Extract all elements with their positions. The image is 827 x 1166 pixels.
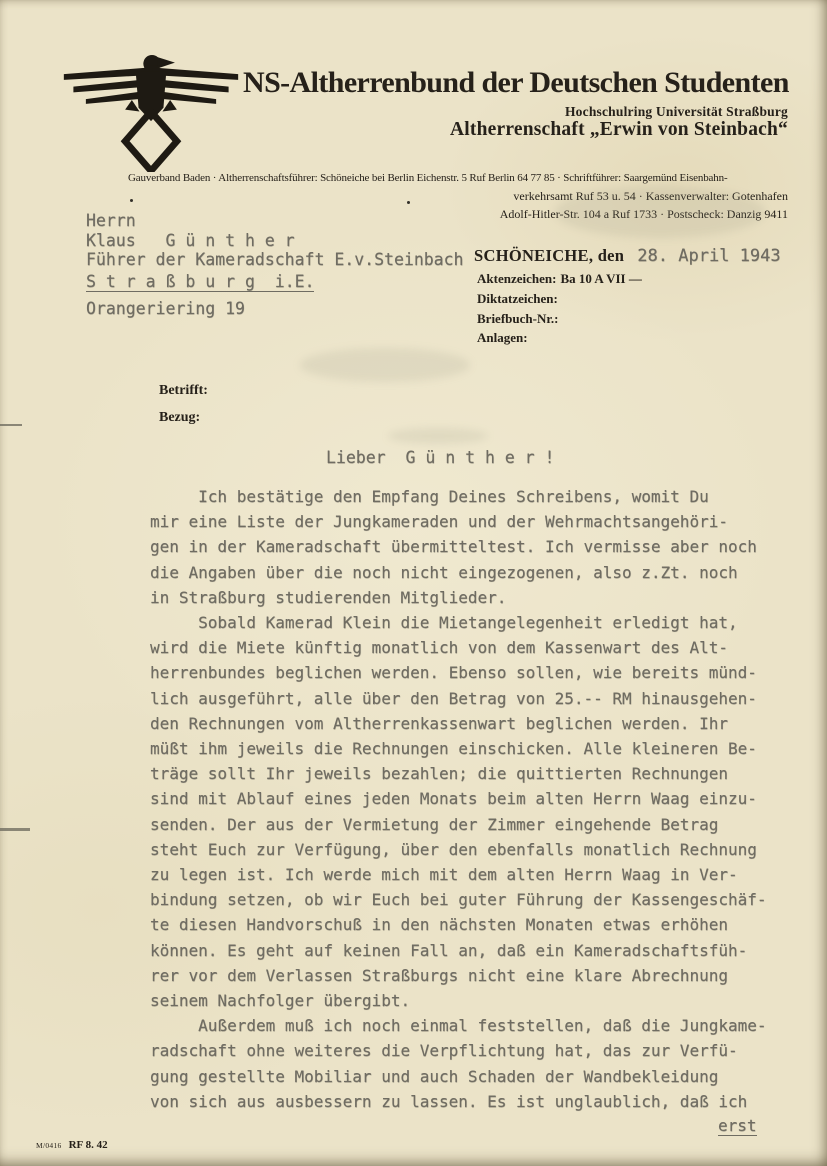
recipient-name: Klaus G ü n t h e r: [86, 231, 464, 251]
typed-line: te diesen Handvorschuß in den nächsten M…: [150, 912, 767, 937]
letterhead-info-line-1: Gauverband Baden · Altherrenschaftsführe…: [128, 172, 728, 184]
typed-line: Sobald Kamerad Klein die Mietangelegenhe…: [150, 610, 767, 635]
recipient-address-block: Herrn Klaus G ü n t h e r Führer der Kam…: [86, 211, 464, 319]
bleedthrough-stain: [300, 348, 470, 382]
betrifft-label: Betrifft:: [159, 383, 208, 399]
typed-line: rer vor dem Verlassen Straßburgs nicht e…: [150, 963, 767, 988]
body-paragraph-1: Ich bestätige den Empfang Deines Schreib…: [150, 484, 767, 610]
letter-salutation: Lieber G ü n t h e r !: [326, 448, 554, 467]
typed-line: Ich bestätige den Empfang Deines Schreib…: [150, 484, 767, 509]
recipient-salutation-line: Herrn: [86, 211, 464, 231]
typed-line: gen in der Kameradschaft übermitteltest.…: [150, 534, 767, 559]
bleedthrough-stain: [555, 186, 765, 238]
catchword: erst: [718, 1116, 757, 1136]
reference-block: Aktenzeichen:Ba 10 A VII — Diktatzeichen…: [477, 269, 642, 348]
letterhead-subtitle-altherrenschaft: Altherrenschaft „Erwin von Steinbach“: [450, 119, 788, 141]
recipient-street: Orangeriering 19: [86, 299, 464, 319]
diktatzeichen-label: Diktatzeichen:: [477, 289, 642, 309]
body-paragraph-2: Sobald Kamerad Klein die Mietangelegenhe…: [150, 610, 767, 1013]
separator-dot: [130, 199, 133, 202]
student-league-eagle-emblem: [60, 52, 242, 172]
typed-line: gung gestellte Mobiliar und auch Schaden…: [150, 1064, 767, 1089]
aktenzeichen-label: Aktenzeichen:: [477, 271, 556, 286]
briefbuch-label: Briefbuch-Nr.:: [477, 309, 642, 329]
typed-line: herrenbundes beglichen werden. Ebenso so…: [150, 660, 767, 685]
date-line: SCHÖNEICHE, den 28. April 1943: [474, 246, 781, 266]
typed-line: sind mit Ablauf eines jeden Monats beim …: [150, 786, 767, 811]
letterhead-title: NS-Altherrenbund der Deutschen Studenten: [243, 66, 789, 100]
typed-line: seinem Nachfolger übergibt.: [150, 988, 767, 1013]
typed-line: zu legen ist. Ich werde mich mit dem alt…: [150, 862, 767, 887]
typed-line: von sich aus ausbessern zu lassen. Es is…: [150, 1089, 767, 1114]
typed-line: den Rechnungen vom Altherrenkassenwart b…: [150, 711, 767, 736]
bezug-label: Bezug:: [159, 410, 200, 426]
letter-body: Ich bestätige den Empfang Deines Schreib…: [150, 484, 767, 1114]
anlagen-label: Anlagen:: [477, 328, 642, 348]
fold-mark: [0, 828, 30, 831]
aktenzeichen-value: Ba 10 A VII —: [560, 271, 641, 286]
fold-mark: [0, 424, 22, 426]
typed-line: lich ausgeführt, alle über den Betrag vo…: [150, 686, 767, 711]
typed-line: bindung setzen, ob wir Euch bei guter Fü…: [150, 887, 767, 912]
typed-line: träge sollt Ihr jeweils bezahlen; die qu…: [150, 761, 767, 786]
typed-line: in Straßburg studierenden Mitglieder.: [150, 585, 767, 610]
typed-line: die Angaben über die noch nicht eingezog…: [150, 560, 767, 585]
typed-line: müßt ihm jeweils die Rechnungen einschic…: [150, 736, 767, 761]
typed-line: Außerdem muß ich noch einmal feststellen…: [150, 1013, 767, 1038]
typed-line: können. Es geht auf keinen Fall an, daß …: [150, 938, 767, 963]
typed-line: steht Euch zur Verfügung, über den ebenf…: [150, 837, 767, 862]
typed-line: wird die Miete künftig monatlich von dem…: [150, 635, 767, 660]
separator-dot: [407, 201, 410, 204]
form-code: M/0416: [36, 1141, 62, 1150]
bleedthrough-stain: [388, 428, 488, 444]
body-paragraph-3: Außerdem muß ich noch einmal feststellen…: [150, 1013, 767, 1114]
recipient-role: Führer der Kameradschaft E.v.Steinbach: [86, 250, 464, 270]
letterhead-subtitle-hochschulring: Hochschulring Universität Straßburg: [565, 104, 788, 120]
typed-line: mir eine Liste der Jungkameraden und der…: [150, 509, 767, 534]
letter-page: NS-Altherrenbund der Deutschen Studenten…: [0, 0, 827, 1166]
recipient-city: S t r a ß b u r g i.E.: [86, 272, 314, 293]
form-footer: M/0416 RF 8. 42: [36, 1139, 108, 1151]
typed-date: 28. April 1943: [637, 246, 780, 266]
aktenzeichen-row: Aktenzeichen:Ba 10 A VII —: [477, 269, 642, 289]
typed-line: radschaft ohne weiteres die Verpflichtun…: [150, 1038, 767, 1063]
form-reference: RF 8. 42: [69, 1139, 108, 1151]
place-label: SCHÖNEICHE, den: [474, 246, 624, 266]
typed-line: senden. Der aus der Vermietung der Zimme…: [150, 812, 767, 837]
